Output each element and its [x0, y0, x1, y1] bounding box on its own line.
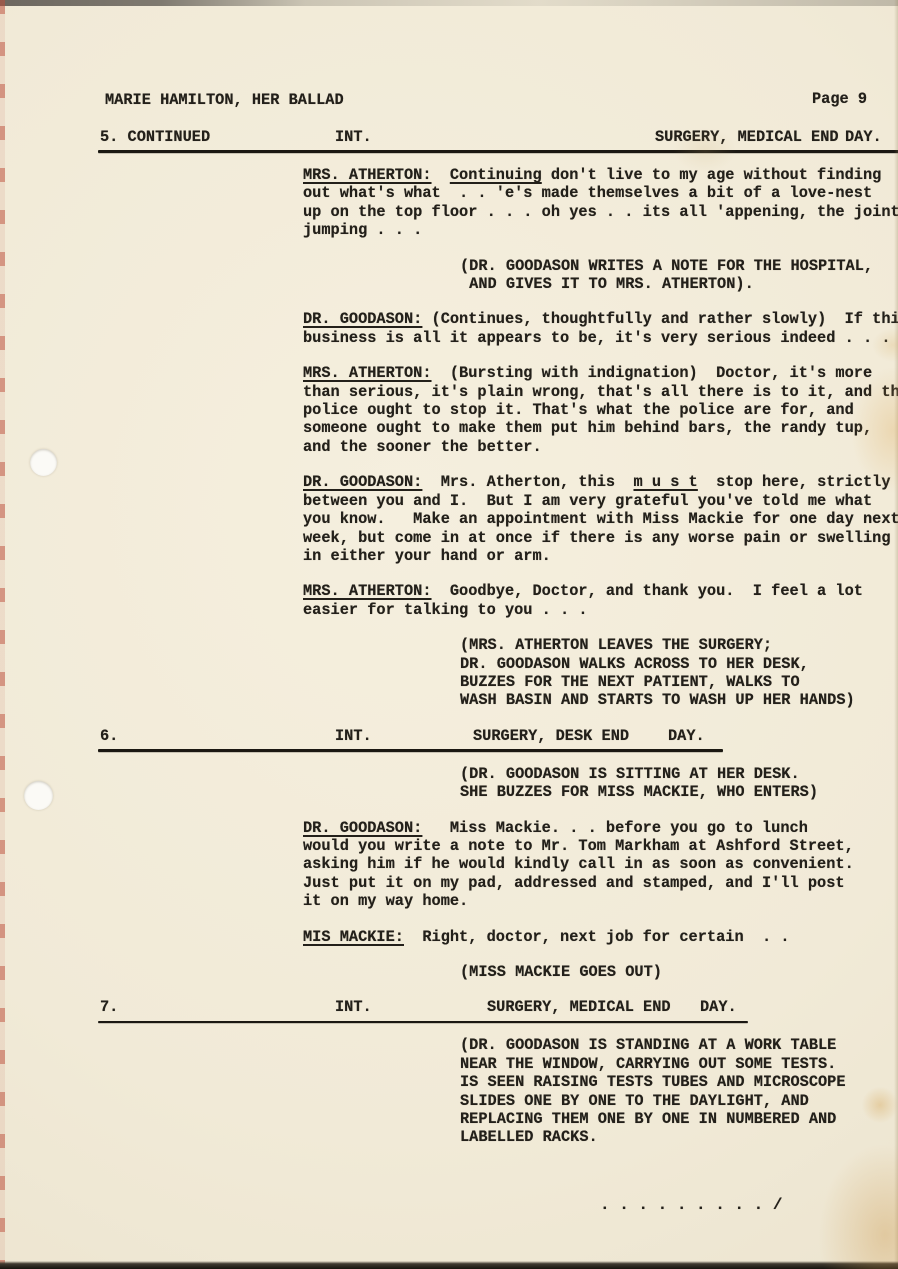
- dialogue-block: MRS. ATHERTON: Continuing don't live to …: [303, 166, 898, 240]
- direction-line: NEAR THE WINDOW, CARRYING OUT SOME TESTS…: [460, 1055, 898, 1073]
- stage-direction: (DR. GOODASON IS STANDING AT A WORK TABL…: [460, 1036, 898, 1146]
- dialogue-line: police ought to stop it. That's what the…: [303, 401, 898, 419]
- dialogue-line: easier for talking to you . . .: [303, 601, 898, 619]
- dialogue-line: asking him if he would kindly call in as…: [303, 855, 898, 873]
- scene-heading: 6.INT.SURGERY, DESK ENDDAY.: [0, 727, 898, 748]
- stage-direction: (DR. GOODASON IS SITTING AT HER DESK.SHE…: [460, 765, 898, 802]
- dialogue-text: stop here, strictly: [698, 473, 891, 491]
- dialogue-text: between you and I. But I am very gratefu…: [303, 492, 872, 510]
- scene-int-marker: INT.: [335, 727, 372, 745]
- speaker-label: MRS. ATHERTON:: [303, 582, 432, 600]
- scan-bottom-edge: [0, 1261, 898, 1269]
- dialogue-text: don't live to my age without finding: [542, 166, 882, 184]
- document-title: MARIE HAMILTON, HER BALLAD: [105, 91, 344, 109]
- dialogue-text: would you write a note to Mr. Tom Markha…: [303, 837, 854, 855]
- dialogue-block: MRS. ATHERTON: (Bursting with indignatio…: [303, 364, 898, 456]
- scene-number: 6.: [100, 727, 118, 745]
- dialogue-text: business is all it appears to be, it's v…: [303, 329, 891, 347]
- scene-location: SURGERY, MEDICAL END: [655, 128, 839, 146]
- dialogue-line: DR. GOODASON: Miss Mackie. . . before yo…: [303, 819, 898, 837]
- scene-int-marker: INT.: [335, 998, 372, 1016]
- dialogue-line: than serious, it's plain wrong, that's a…: [303, 383, 898, 401]
- speaker-label: MRS. ATHERTON:: [303, 166, 432, 184]
- speaker-label: MRS. ATHERTON:: [303, 364, 432, 382]
- scene-time: DAY.: [668, 727, 705, 745]
- dialogue-text: easier for talking to you . . .: [303, 601, 588, 619]
- dialogue-block: MRS. ATHERTON: Goodbye, Doctor, and than…: [303, 582, 898, 619]
- scene-heading: 7.INT.SURGERY, MEDICAL ENDDAY.: [0, 998, 898, 1019]
- dialogue-line: someone ought to make them put him behin…: [303, 419, 898, 437]
- direction-line: SHE BUZZES FOR MISS MACKIE, WHO ENTERS): [460, 783, 898, 801]
- dialogue-text: it on my way home.: [303, 892, 468, 910]
- dialogue-text: week, but come in at once if there is an…: [303, 529, 891, 547]
- dialogue-line: MIS MACKIE: Right, doctor, next job for …: [303, 928, 898, 946]
- dialogue-block: DR. GOODASON: Miss Mackie. . . before yo…: [303, 819, 898, 911]
- dialogue-text: out what's what . . 'e's made themselves…: [303, 184, 872, 202]
- dialogue-line: you know. Make an appointment with Miss …: [303, 510, 898, 528]
- dialogue-text: Continuing: [450, 166, 542, 184]
- dialogue-text: (Bursting with indignation) Doctor, it's…: [432, 364, 873, 382]
- dialogue-text: jumping . . .: [303, 221, 422, 239]
- page-number-label: Page 9: [812, 90, 867, 108]
- dialogue-text: in either your hand or arm.: [303, 547, 551, 565]
- dialogue-line: in either your hand or arm.: [303, 547, 898, 565]
- script-body: 5. CONTINUEDINT.SURGERY, MEDICAL ENDDAY.…: [0, 128, 898, 1147]
- stage-direction: (DR. GOODASON WRITES A NOTE FOR THE HOSP…: [460, 257, 898, 294]
- speaker-label: DR. GOODASON:: [303, 310, 422, 328]
- dialogue-text: Goodbye, Doctor, and thank you. I feel a…: [432, 582, 863, 600]
- scene-time: DAY.: [845, 128, 882, 146]
- dialogue-text: Just put it on my pad, addressed and sta…: [303, 874, 845, 892]
- scene-time: DAY.: [700, 998, 737, 1016]
- dialogue-text: you know. Make an appointment with Miss …: [303, 510, 898, 528]
- continuation-mark: . . . . . . . . . /: [600, 1196, 782, 1214]
- dialogue-text: [432, 166, 450, 184]
- scan-left-edge: [0, 0, 5, 1269]
- dialogue-line: MRS. ATHERTON: (Bursting with indignatio…: [303, 364, 898, 382]
- dialogue-text: someone ought to make them put him behin…: [303, 419, 872, 437]
- direction-line: (DR. GOODASON IS SITTING AT HER DESK.: [460, 765, 898, 783]
- direction-line: BUZZES FOR THE NEXT PATIENT, WALKS TO: [460, 673, 898, 691]
- dialogue-text: and the sooner the better.: [303, 438, 542, 456]
- dialogue-block: DR. GOODASON: Mrs. Atherton, this m u s …: [303, 473, 898, 565]
- dialogue-line: week, but come in at once if there is an…: [303, 529, 898, 547]
- dialogue-block: DR. GOODASON: (Continues, thoughtfully a…: [303, 310, 898, 347]
- dialogue-text: police ought to stop it. That's what the…: [303, 401, 854, 419]
- direction-line: (MISS MACKIE GOES OUT): [460, 963, 898, 981]
- scene-location: SURGERY, MEDICAL END: [487, 998, 671, 1016]
- direction-line: WASH BASIN AND STARTS TO WASH UP HER HAN…: [460, 691, 898, 709]
- dialogue-line: DR. GOODASON: (Continues, thoughtfully a…: [303, 310, 898, 328]
- dialogue-line: between you and I. But I am very gratefu…: [303, 492, 898, 510]
- punch-hole-top: [30, 449, 57, 476]
- direction-line: (MRS. ATHERTON LEAVES THE SURGERY;: [460, 636, 898, 654]
- punch-hole-bottom: [24, 781, 53, 810]
- direction-line: IS SEEN RAISING TESTS TUBES AND MICROSCO…: [460, 1073, 898, 1091]
- dialogue-line: out what's what . . 'e's made themselves…: [303, 184, 898, 202]
- dialogue-text: m u s t: [633, 473, 697, 491]
- dialogue-text: Miss Mackie. . . before you go to lunch: [422, 819, 808, 837]
- direction-line: (DR. GOODASON WRITES A NOTE FOR THE HOSP…: [460, 257, 898, 275]
- dialogue-line: and the sooner the better.: [303, 438, 898, 456]
- scanned-script-page: { "colors": { "paper": "#f1ead7", "ink":…: [0, 0, 898, 1269]
- scene-location: SURGERY, DESK END: [473, 727, 629, 745]
- scene-heading: 5. CONTINUEDINT.SURGERY, MEDICAL ENDDAY.: [0, 128, 898, 149]
- dialogue-line: Just put it on my pad, addressed and sta…: [303, 874, 898, 892]
- dialogue-block: MIS MACKIE: Right, doctor, next job for …: [303, 928, 898, 946]
- dialogue-line: DR. GOODASON: Mrs. Atherton, this m u s …: [303, 473, 898, 491]
- stage-direction: (MISS MACKIE GOES OUT): [460, 963, 898, 981]
- dialogue-line: MRS. ATHERTON: Continuing don't live to …: [303, 166, 898, 184]
- scene-number: 5. CONTINUED: [100, 128, 210, 146]
- speaker-label: MIS MACKIE:: [303, 928, 404, 946]
- dialogue-text: Right, doctor, next job for certain . .: [404, 928, 790, 946]
- direction-line: AND GIVES IT TO MRS. ATHERTON).: [460, 275, 898, 293]
- dialogue-line: would you write a note to Mr. Tom Markha…: [303, 837, 898, 855]
- stage-direction: (MRS. ATHERTON LEAVES THE SURGERY;DR. GO…: [460, 636, 898, 710]
- direction-line: SLIDES ONE BY ONE TO THE DAYLIGHT, AND: [460, 1092, 898, 1110]
- dialogue-line: jumping . . .: [303, 221, 898, 239]
- direction-line: DR. GOODASON WALKS ACROSS TO HER DESK,: [460, 655, 898, 673]
- direction-line: (DR. GOODASON IS STANDING AT A WORK TABL…: [460, 1036, 898, 1054]
- scan-right-edge: [894, 0, 898, 1269]
- dialogue-text: Mrs. Atherton, this: [422, 473, 633, 491]
- dialogue-line: business is all it appears to be, it's v…: [303, 329, 898, 347]
- dialogue-text: up on the top floor . . . oh yes . . its…: [303, 203, 898, 221]
- dialogue-text: than serious, it's plain wrong, that's a…: [303, 383, 898, 401]
- dialogue-line: it on my way home.: [303, 892, 898, 910]
- speaker-label: DR. GOODASON:: [303, 473, 422, 491]
- speaker-label: DR. GOODASON:: [303, 819, 422, 837]
- scene-int-marker: INT.: [335, 128, 372, 146]
- dialogue-line: up on the top floor . . . oh yes . . its…: [303, 203, 898, 221]
- direction-line: LABELLED RACKS.: [460, 1128, 898, 1146]
- dialogue-text: asking him if he would kindly call in as…: [303, 855, 854, 873]
- direction-line: REPLACING THEM ONE BY ONE IN NUMBERED AN…: [460, 1110, 898, 1128]
- scene-number: 7.: [100, 998, 118, 1016]
- dialogue-text: (Continues, thoughtfully and rather slow…: [422, 310, 898, 328]
- scan-top-edge: [0, 0, 898, 6]
- dialogue-line: MRS. ATHERTON: Goodbye, Doctor, and than…: [303, 582, 898, 600]
